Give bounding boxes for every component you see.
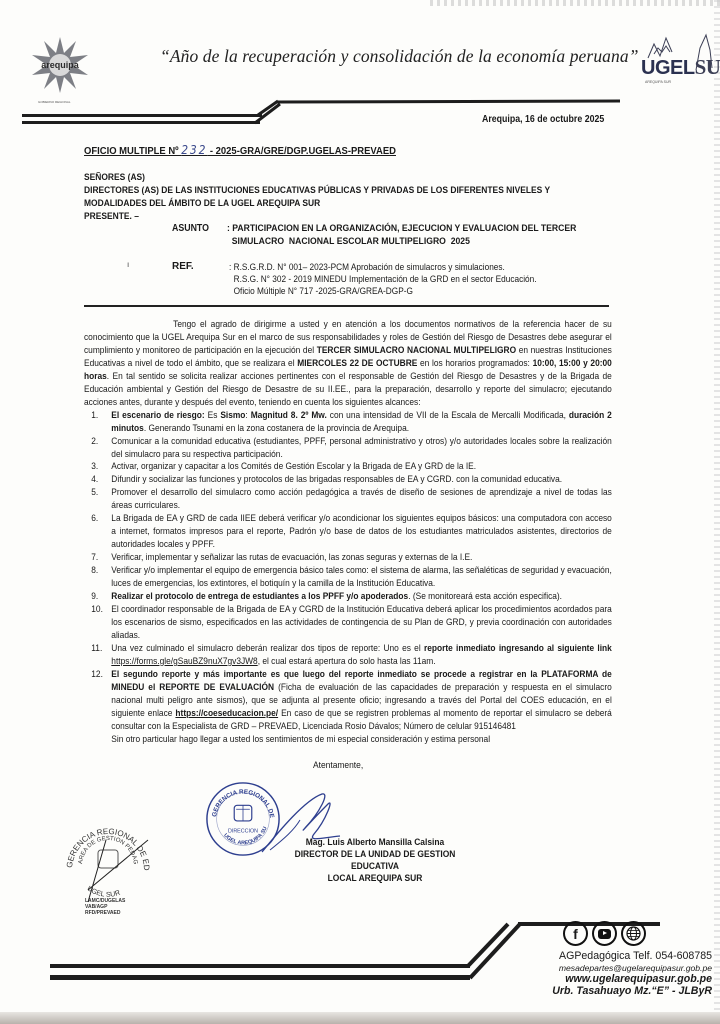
- year-motto: “Año de la recuperación y consolidación …: [160, 46, 639, 67]
- reviewer-initials: LAMC/DUGELAS VAB/AGP RFD/PREVAED: [85, 898, 125, 916]
- footer-rule: [50, 964, 470, 968]
- asunto-label: ASUNTO: [172, 223, 209, 234]
- oficio-number: OFICIO MULTIPLE Nº 232 - 2025-GRA/GRE/DG…: [84, 143, 396, 157]
- left-logo-caption: GOBIERNO REGIONAL: [38, 100, 71, 104]
- gestion-pedagogica-stamp: GERENCIA REGIONAL DE EDUCACION AREA DE G…: [58, 810, 158, 910]
- asunto-value: : PARTICIPACION EN LA ORGANIZACIÓN, EJEC…: [227, 223, 576, 248]
- list-item: 1.El escenario de riesgo: Es Sismo: Magn…: [84, 409, 612, 435]
- list-item: 4.Difundir y socializar las funciones y …: [84, 473, 612, 486]
- youtube-icon[interactable]: [592, 921, 617, 946]
- alcances-list: 1.El escenario de riesgo: Es Sismo: Magn…: [84, 409, 612, 733]
- social-icons: f: [563, 921, 646, 946]
- list-item: 10.El coordinador responsable de la Brig…: [84, 603, 612, 642]
- intro-paragraph: Tengo el agrado de dirigirme a usted y e…: [84, 318, 612, 409]
- scan-mark: ı: [127, 260, 129, 269]
- list-item: 9.Realizar el protocolo de entrega de es…: [84, 590, 612, 603]
- signer-title: DIRECTOR DE LA UNIDAD DE GESTION EDUCATI…: [272, 848, 479, 872]
- scan-bottom-edge: [0, 1012, 720, 1024]
- footer-website[interactable]: www.ugelarequipasur.gob.pe: [520, 974, 712, 986]
- globe-icon[interactable]: [621, 921, 646, 946]
- coes-portal-link[interactable]: https://coeseducacion.pe/: [175, 708, 278, 718]
- google-form-link[interactable]: https://forms.gle/gSauBZ9nuX7gv3JW8: [111, 656, 257, 666]
- list-item: 12.El segundo reporte y más importante e…: [84, 668, 612, 733]
- handwritten-number: 232: [181, 143, 207, 157]
- footer-contact: AGPedagógica Telf. 054-608785 mesadepart…: [520, 951, 712, 997]
- list-item: 3.Activar, organizar y capacitar a los C…: [84, 460, 612, 473]
- signer-office: LOCAL AREQUIPA SUR: [272, 872, 479, 884]
- facebook-icon[interactable]: f: [563, 921, 588, 946]
- salutation: Atentamente,: [313, 759, 363, 770]
- scan-artifact: [430, 0, 720, 6]
- ugel-logo: UGELSUR: [641, 55, 720, 80]
- list-item: 2.Comunicar a la comunidad educativa (es…: [84, 435, 612, 461]
- document-date: Arequipa, 16 de octubre 2025: [482, 114, 604, 125]
- footer-rule: [50, 975, 470, 980]
- header-rule: [22, 114, 262, 117]
- closing-sentence: Sin otro particular hago llegar a usted …: [84, 733, 612, 746]
- list-item: 7.Verificar, implementar y señalizar las…: [84, 551, 612, 564]
- list-item: 8.Verificar y/o implementar el equipo de…: [84, 564, 612, 590]
- list-item: 11.Una vez culminado el simulacro deberá…: [84, 642, 612, 668]
- svg-text:arequipa: arequipa: [41, 60, 80, 70]
- scan-edge: [714, 0, 720, 1024]
- list-item: 6.La Brigada de EA y GRD de cada IIEE de…: [84, 512, 612, 551]
- letter-body: Tengo el agrado de dirigirme a usted y e…: [84, 318, 612, 745]
- gobierno-regional-logo: arequipa: [30, 35, 90, 95]
- ref-label: REF.: [172, 261, 194, 272]
- section-divider: [84, 305, 609, 307]
- list-item: 5.Promover el desarrollo del simulacro c…: [84, 486, 612, 512]
- footer-address: Urb. Tasahuayo Mz.“E” - JLByR: [520, 986, 712, 998]
- header-rule: [22, 121, 260, 124]
- addressee-block: SEÑORES (AS) DIRECTORES (AS) DE LAS INST…: [84, 171, 550, 223]
- footer-phone: AGPedagógica Telf. 054-608785: [520, 951, 712, 963]
- signer-block: Mag. Luis Alberto Mansilla Calsina DIREC…: [272, 836, 479, 884]
- signer-name: Mag. Luis Alberto Mansilla Calsina: [272, 836, 479, 848]
- ugel-logo-subtitle: AREQUIPA SUR: [645, 80, 705, 84]
- ref-list: : R.S.G.R.D. N° 001– 2023-PCM Aprobación…: [229, 261, 537, 297]
